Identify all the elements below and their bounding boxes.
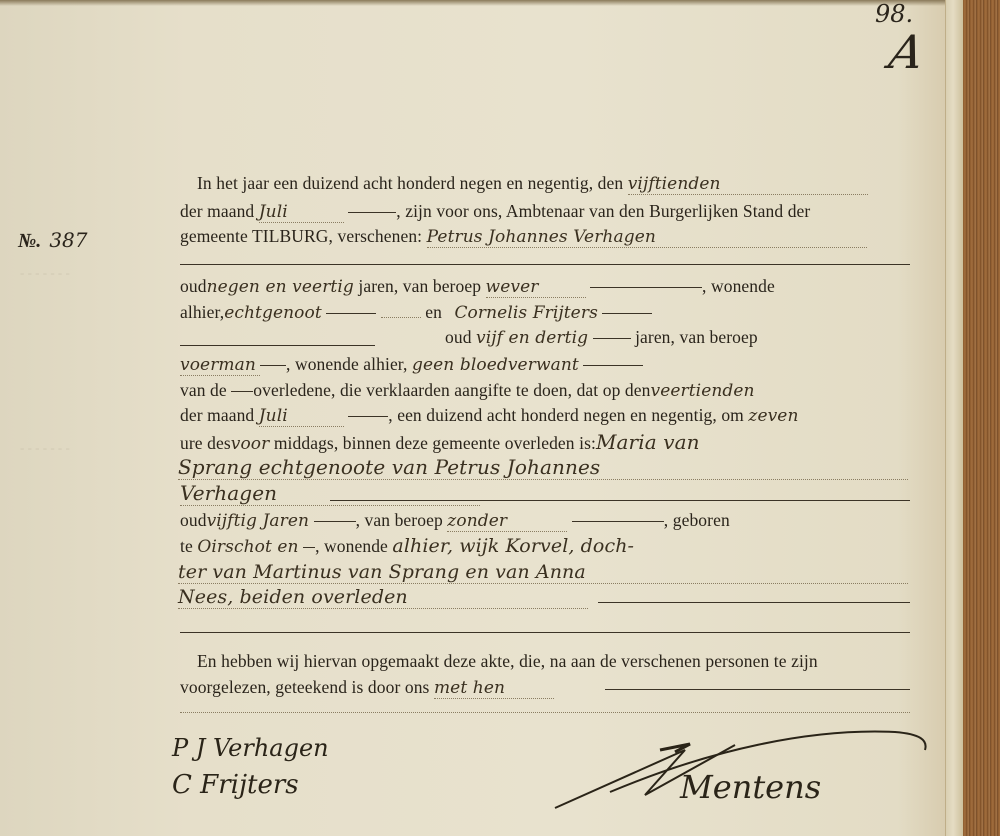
signature-declarant-2: C Frijters [172, 770, 299, 800]
record-line: Verhagen [180, 481, 480, 506]
death-month: Juli [259, 406, 344, 427]
death-day: veertienden [650, 381, 754, 401]
record-line: der maand Juli , zijn voor ons, Ambtenaa… [180, 201, 810, 223]
declarant-1-age: negen en veertig [207, 277, 354, 297]
declarant-1-occupation: wever [486, 277, 586, 298]
record-line: van de overledene, die verklaarden aangi… [180, 380, 755, 401]
record-line: der maand Juli , een duizend acht honder… [180, 405, 799, 427]
deceased-residence: alhier, wijk Korvel, doch- [392, 535, 634, 557]
declarant-2-name: Cornelis Frijters [454, 303, 597, 323]
record-line: Nees, beiden overleden [178, 586, 588, 609]
book-edge [963, 0, 1000, 836]
deceased-parents: ter van Martinus van Sprang en van Anna [178, 561, 908, 584]
declarant-2-age: vijf en dertig [476, 328, 588, 348]
record-line: ter van Martinus van Sprang en van Anna [178, 561, 908, 584]
page-gutter [945, 0, 964, 836]
deceased-birthplace: Oirschot en [197, 537, 298, 557]
record-line: ure desvoor middags, binnen deze gemeent… [180, 430, 700, 454]
record-line: In het jaar een duizend acht honderd neg… [197, 173, 868, 195]
declarant-1-name: Petrus Johannes Verhagen [427, 227, 867, 248]
month-field: Juli [259, 202, 344, 223]
ruled-line [180, 632, 910, 633]
bleed-through-text: - - - - - - - [20, 440, 70, 456]
record-number: №.387 [18, 228, 88, 253]
time-of-day: voor [231, 434, 270, 454]
signed-with: met hen [434, 678, 554, 699]
deceased-parents-cont: Nees, beiden overleden [178, 586, 588, 609]
page-top-shadow [0, 0, 1000, 6]
bleed-through-text: - - - - - - - [20, 265, 70, 281]
official-signature-flourish [550, 720, 930, 820]
deceased-name: Maria van [596, 430, 700, 454]
record-line: voorgelezen, geteekend is door ons met h… [180, 677, 554, 699]
record-line: oudvijftig Jaren , van beroep zonder , g… [180, 510, 730, 532]
deceased-age: vijftig Jaren [207, 511, 310, 531]
declarant-2-occupation: voerman [180, 355, 260, 376]
ruled-line [180, 264, 910, 265]
ruled-line [605, 689, 910, 690]
record-line: En hebben wij hiervan opgemaakt deze akt… [197, 651, 818, 672]
record-line: alhier,echtgenoot en Cornelis Frijters [180, 302, 652, 323]
declarant-1-relation: echtgenoot [224, 303, 322, 323]
record-line: voerman, wonende alhier, geen bloedverwa… [180, 354, 643, 376]
record-line: Sprang echtgenoote van Petrus Johannes [178, 455, 908, 480]
dotted-line [180, 712, 910, 713]
day-field: vijftienden [628, 174, 868, 195]
ruled-line [598, 602, 910, 603]
ruled-line [330, 500, 910, 501]
record-number-value: 387 [49, 228, 87, 252]
signature-declarant-1: P J Verhagen [172, 734, 329, 762]
folio-number: 98. [875, 0, 913, 28]
declarant-2-relation: geen bloedverwant [412, 355, 579, 375]
record-line: te Oirschot en , wonende alhier, wijk Ko… [180, 535, 634, 557]
death-hour: zeven [748, 406, 798, 426]
deceased-description-cont: Verhagen [180, 481, 480, 506]
deceased-occupation: zonder [447, 511, 567, 532]
record-number-label: №. [18, 230, 41, 252]
record-line: oud vijf en dertig jaren, van beroep [445, 327, 758, 348]
record-line: oudnegen en veertig jaren, van beroep we… [180, 276, 775, 298]
record-line: gemeente TILBURG, verschenen: Petrus Joh… [180, 226, 867, 248]
deceased-description: Sprang echtgenoote van Petrus Johannes [178, 455, 908, 480]
ruled-line [180, 345, 375, 346]
